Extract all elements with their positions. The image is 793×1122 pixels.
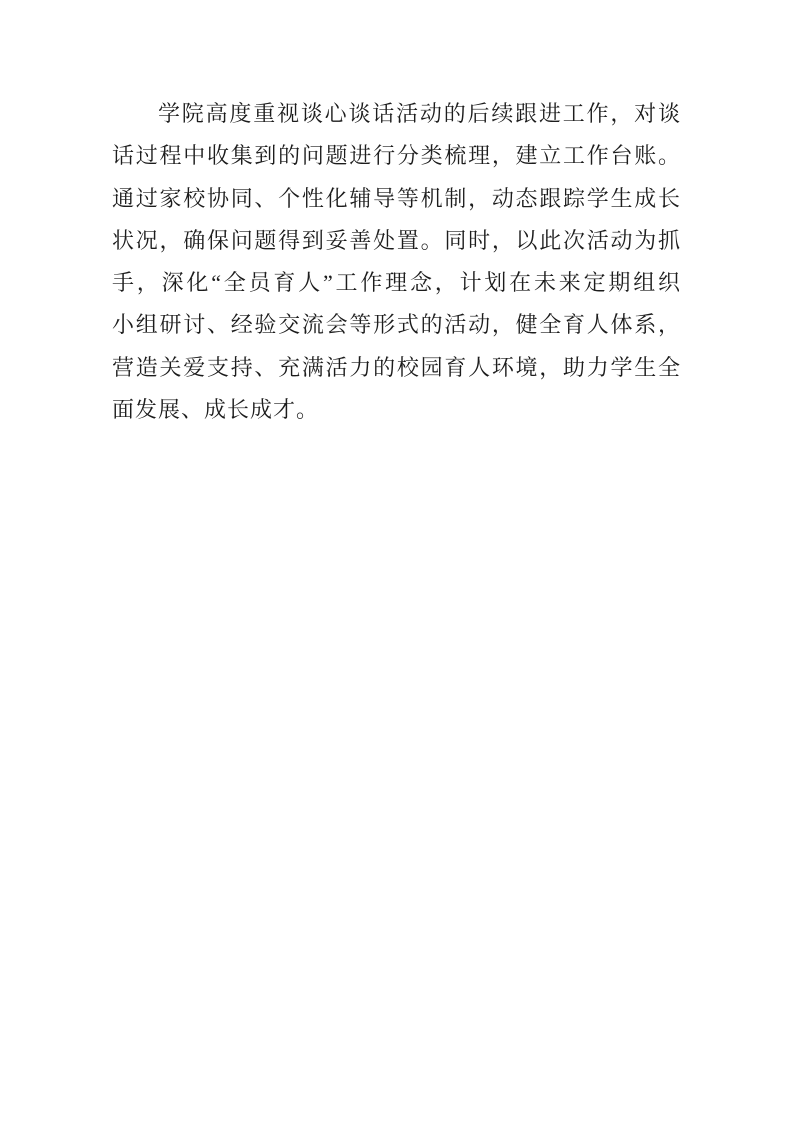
body-paragraph: 学院高度重视谈心谈话活动的后续跟进工作，对谈 话过程中收集到的问题进行分类梳理，… xyxy=(112,93,681,431)
paragraph-line: 学院高度重视谈心谈话活动的后续跟进工作，对谈 xyxy=(112,93,681,135)
document-page: 学院高度重视谈心谈话活动的后续跟进工作，对谈 话过程中收集到的问题进行分类梳理，… xyxy=(0,0,793,1122)
paragraph-line: 状况，确保问题得到妥善处置。同时，以此次活动为抓 xyxy=(112,220,681,262)
paragraph-line: 手，深化“全员育人”工作理念，计划在未来定期组织 xyxy=(112,262,681,304)
paragraph-line: 话过程中收集到的问题进行分类梳理，建立工作台账。 xyxy=(112,135,681,177)
paragraph-line: 通过家校协同、个性化辅导等机制，动态跟踪学生成长 xyxy=(112,178,681,220)
paragraph-line: 面发展、成长成才。 xyxy=(112,389,681,431)
paragraph-line: 营造关爱支持、充满活力的校园育人环境，助力学生全 xyxy=(112,347,681,389)
paragraph-line: 小组研讨、经验交流会等形式的活动，健全育人体系， xyxy=(112,304,681,346)
